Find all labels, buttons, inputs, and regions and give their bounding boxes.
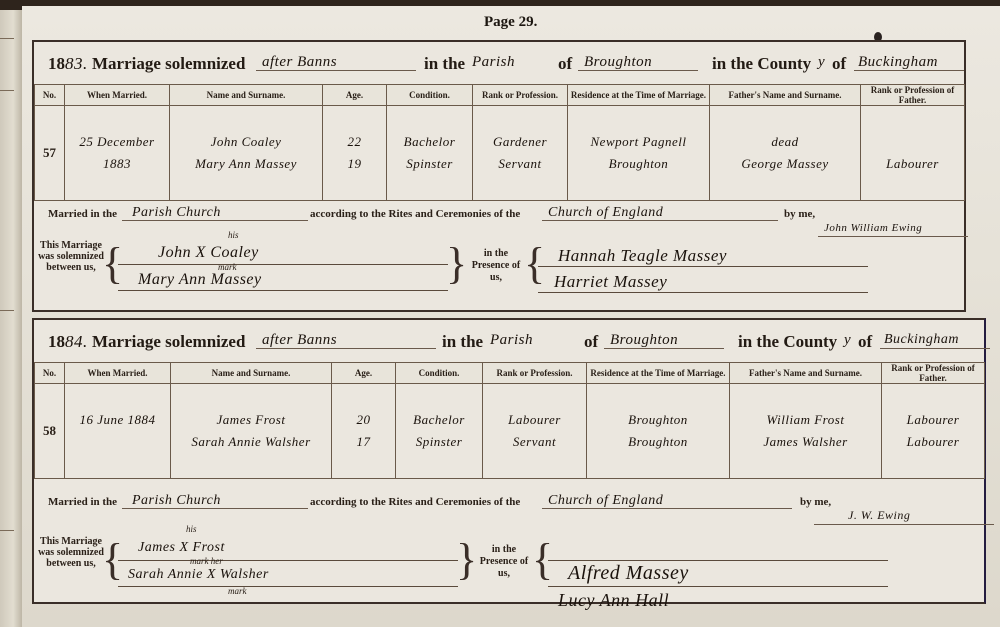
- year: 1883.: [48, 54, 88, 74]
- witness-1-signature: Alfred Massey: [568, 562, 689, 585]
- county-name: Buckingham: [858, 54, 938, 71]
- rites: Church of England: [548, 205, 663, 221]
- col-residence: Residence at the Time of Marriage.: [587, 363, 730, 384]
- facing-page-rule: [0, 310, 14, 311]
- ages: 20 17: [332, 384, 396, 479]
- witness-1-signature: Hannah Teagle Massey: [558, 246, 727, 266]
- fathers: William Frost James Walsher: [730, 384, 882, 479]
- col-rank: Rank or Profession.: [483, 363, 587, 384]
- page-number: Page 29.: [484, 14, 537, 31]
- conditions: Bachelor Spinster: [387, 106, 473, 201]
- ranks: Labourer Servant: [483, 384, 587, 479]
- col-father-name: Father's Name and Surname.: [710, 85, 861, 106]
- facing-page-rule: [0, 530, 14, 531]
- parish-name: Broughton: [610, 332, 678, 349]
- marriage-entry-57: 1883. Marriage solemnized after Banns in…: [32, 40, 966, 312]
- when-married: 16 June 1884: [65, 384, 171, 479]
- county-name: Buckingham: [884, 332, 959, 348]
- year: 1884.: [48, 332, 88, 352]
- col-father-name: Father's Name and Surname.: [730, 363, 882, 384]
- facing-page-rule: [0, 38, 14, 39]
- signature-block: This Marriage was solemnized between us,…: [38, 534, 958, 594]
- names: James Frost Sarah Annie Walsher: [171, 384, 332, 479]
- bride-signature: Sarah Annie X Walsher: [128, 567, 269, 583]
- col-when-married: When Married.: [65, 363, 171, 384]
- bride-signature: Mary Ann Massey: [138, 271, 262, 289]
- residences: Newport Pagnell Broughton: [568, 106, 710, 201]
- in-the-label: in the: [442, 332, 483, 352]
- in-the-label: in the: [424, 54, 465, 74]
- witness-2-signature: Harriet Massey: [554, 272, 667, 292]
- entry-table: No. When Married. Name and Surname. Age.…: [34, 362, 985, 479]
- col-rank: Rank or Profession.: [473, 85, 568, 106]
- col-name: Name and Surname.: [170, 85, 323, 106]
- place-type: Parish: [472, 54, 515, 71]
- married-in-line: Married in the Parish Church according t…: [48, 496, 968, 512]
- solemnized-method: after Banns: [262, 332, 337, 349]
- fathers: dead George Massey: [710, 106, 861, 201]
- col-residence: Residence at the Time of Marriage.: [568, 85, 710, 106]
- entry-title: 1884. Marriage solemnized after Banns in…: [48, 330, 974, 356]
- facing-page-rule: [0, 90, 14, 91]
- entry-table: No. When Married. Name and Surname. Age.…: [34, 84, 965, 201]
- marriage-solemnized-label: Marriage solemnized: [92, 54, 245, 74]
- venue: Parish Church: [132, 493, 221, 509]
- col-when-married: When Married.: [65, 85, 170, 106]
- solemnized-between-label: This Marriage was solemnized between us,: [38, 536, 104, 569]
- officiant-signature: John William Ewing: [824, 222, 922, 234]
- col-age: Age.: [332, 363, 396, 384]
- col-father-rank: Rank or Profession of Father.: [882, 363, 985, 384]
- county-label: in the County: [712, 54, 811, 74]
- residences: Broughton Broughton: [587, 384, 730, 479]
- groom-signature: John X Coaley: [158, 244, 259, 262]
- rites: Church of England: [548, 493, 663, 509]
- conditions: Bachelor Spinster: [396, 384, 483, 479]
- col-father-rank: Rank or Profession of Father.: [861, 85, 965, 106]
- groom-signature: James X Frost: [138, 540, 225, 556]
- col-no: No.: [35, 363, 65, 384]
- of-label: of: [584, 332, 598, 352]
- solemnized-between-label: This Marriage was solemnized between us,: [38, 240, 104, 273]
- marriage-solemnized-label: Marriage solemnized: [92, 332, 245, 352]
- presence-label: in the Presence of us,: [466, 248, 526, 284]
- married-in-line: Married in the Parish Church according t…: [48, 208, 948, 224]
- when-married: 25 December 1883: [65, 106, 170, 201]
- col-no: No.: [35, 85, 65, 106]
- register-page: Page 29. 1883. Marriage solemnized after…: [22, 6, 1000, 627]
- entry-number: 57: [35, 106, 65, 201]
- col-age: Age.: [323, 85, 387, 106]
- signature-block: This Marriage was solemnized between us,…: [38, 238, 958, 298]
- marriage-entry-58: 1884. Marriage solemnized after Banns in…: [32, 318, 986, 604]
- venue: Parish Church: [132, 205, 221, 221]
- father-ranks: Labourer Labourer: [882, 384, 985, 479]
- col-name: Name and Surname.: [171, 363, 332, 384]
- county-label: in the County: [738, 332, 837, 352]
- col-condition: Condition.: [396, 363, 483, 384]
- ages: 22 19: [323, 106, 387, 201]
- officiant-signature: J. W. Ewing: [848, 508, 910, 523]
- father-ranks: Labourer: [861, 106, 965, 201]
- entry-number: 58: [35, 384, 65, 479]
- place-type: Parish: [490, 332, 533, 349]
- presence-label: in the Presence of us,: [474, 544, 534, 580]
- entry-title: 1883. Marriage solemnized after Banns in…: [48, 52, 954, 78]
- witness-2-signature: Lucy Ann Hall: [558, 590, 669, 611]
- table-row: 58 16 June 1884 James Frost Sarah Annie …: [35, 384, 985, 479]
- solemnized-method: after Banns: [262, 54, 337, 71]
- table-row: 57 25 December 1883 John Coaley Mary Ann…: [35, 106, 965, 201]
- ranks: Gardener Servant: [473, 106, 568, 201]
- of-label: of: [558, 54, 572, 74]
- facing-page-edge: [0, 10, 23, 627]
- parish-name: Broughton: [584, 54, 652, 71]
- names: John Coaley Mary Ann Massey: [170, 106, 323, 201]
- col-condition: Condition.: [387, 85, 473, 106]
